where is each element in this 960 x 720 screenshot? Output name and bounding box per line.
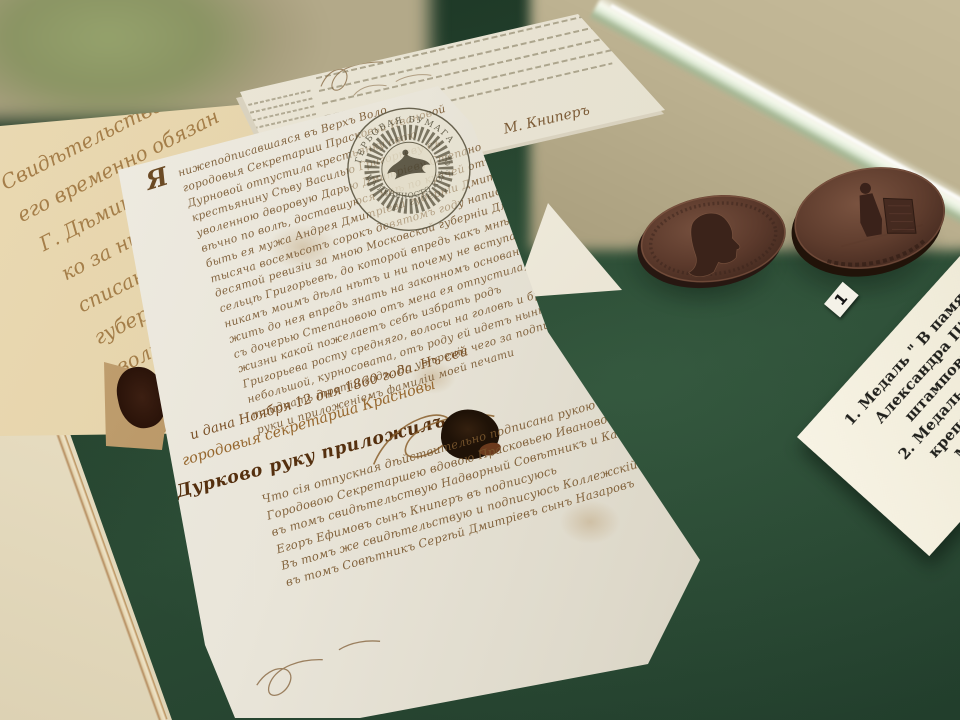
- scribble-path: [253, 637, 387, 698]
- revenue-stamp: ГЕРБОВАЯ БУМАГА ЦЕНА ДЕВЯНОСТО КОП. СЕР.: [333, 93, 485, 245]
- closing-scribble: [240, 599, 468, 707]
- print-row: [250, 97, 313, 113]
- medal-1: [630, 179, 794, 299]
- print-row: [248, 90, 311, 106]
- print-row: [252, 105, 315, 121]
- document-initial: Я: [142, 162, 172, 196]
- museum-display-photo: 1 2 1. Медаль " В память кор Александра …: [0, 0, 960, 720]
